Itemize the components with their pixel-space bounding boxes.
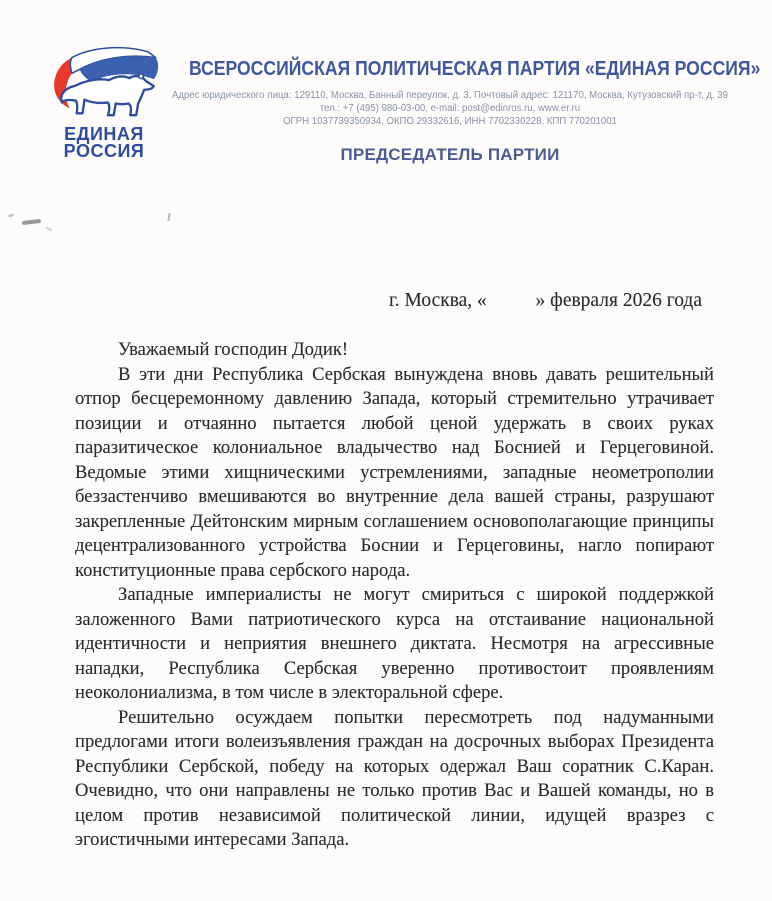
party-logo: ЕДИНАЯ РОССИЯ <box>44 44 164 160</box>
letterhead: ВСЕРОССИЙСКАЯ ПОЛИТИЧЕСКАЯ ПАРТИЯ «ЕДИНА… <box>150 52 750 165</box>
paragraph-1: В эти дни Республика Сербская вынуждена … <box>75 363 714 584</box>
dateline: г. Москва, « » февраля 2026 года <box>389 290 702 312</box>
address-line-2: тел.: +7 (495) 980-03-00, e-mail: post@e… <box>162 102 738 115</box>
paragraph-3: Решительно осуждаем попытки пересмотреть… <box>75 706 714 853</box>
chairman-heading: ПРЕДСЕДАТЕЛЬ ПАРТИИ <box>150 145 750 165</box>
letter-body: Уважаемый господин Додик! В эти дни Респ… <box>75 338 714 853</box>
united-russia-bear-flag-icon <box>45 44 163 124</box>
address-line-1: Адрес юридического лица: 129110, Москва,… <box>162 89 738 102</box>
address-line-3: ОГРН 1037739350934, ОКПО 29332616, ИНН 7… <box>162 115 738 128</box>
scan-smudge <box>46 227 52 231</box>
scanned-letter-page: ЕДИНАЯ РОССИЯ ВСЕРОССИЙСКАЯ ПОЛИТИЧЕСКАЯ… <box>0 0 772 901</box>
scan-smudge <box>22 219 41 225</box>
scan-smudge <box>8 213 15 218</box>
logo-word-rossiya: РОССИЯ <box>44 143 164 160</box>
paragraph-2: Западные империалисты не могут смириться… <box>75 583 714 706</box>
salutation: Уважаемый господин Додик! <box>75 338 714 363</box>
party-title: ВСЕРОССИЙСКАЯ ПОЛИТИЧЕСКАЯ ПАРТИЯ «ЕДИНА… <box>189 56 760 82</box>
scan-smudge <box>167 213 170 221</box>
